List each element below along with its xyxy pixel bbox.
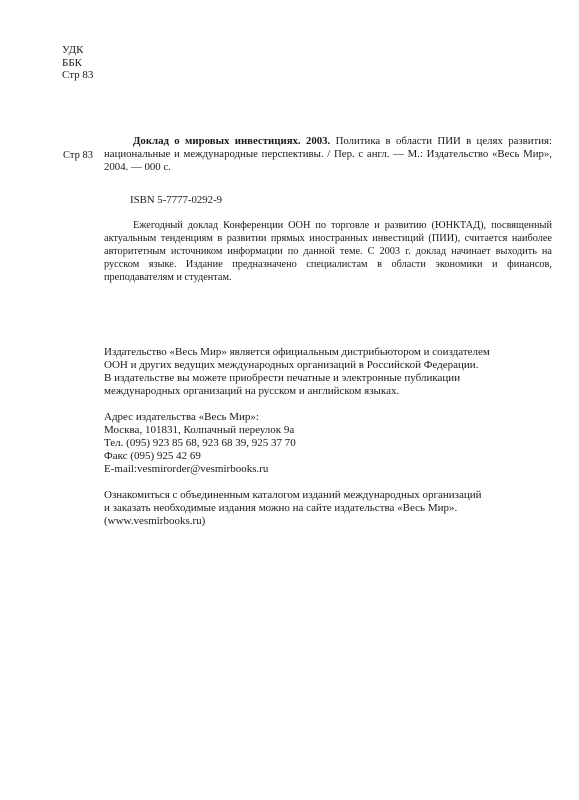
publisher-description-line: международных организаций на русском и а…	[104, 385, 574, 398]
classification-header: УДК ББК Стр 83	[62, 44, 93, 82]
address-heading: Адрес издательства «Весь Мир»:	[104, 411, 574, 424]
catalog-line: и заказать необходимые издания можно на …	[104, 502, 574, 515]
isbn: ISBN 5-7777-0292-9	[130, 194, 222, 207]
publisher-description-line: ООН и других ведущих международных орган…	[104, 359, 574, 372]
margin-page-code: Стр 83	[63, 149, 93, 162]
website-url: (www.vesmirbooks.ru)	[104, 515, 574, 528]
annotation: Ежегодный доклад Конференции ООН по торг…	[104, 219, 552, 284]
fax-number: Факс (095) 925 42 69	[104, 450, 574, 463]
publisher-description-line: Издательство «Весь Мир» является официал…	[104, 346, 574, 359]
phone-numbers: Тел. (095) 923 85 68, 923 68 39, 925 37 …	[104, 437, 574, 450]
publisher-info: Издательство «Весь Мир» является официал…	[104, 346, 574, 541]
street-address: Москва, 101831, Колпачный переулок 9а	[104, 424, 574, 437]
annotation-text: Ежегодный доклад Конференции ООН по торг…	[104, 219, 552, 284]
email-address: E-mail:vesmirorder@vesmirbooks.ru	[104, 463, 574, 476]
publisher-address: Адрес издательства «Весь Мир»: Москва, 1…	[104, 411, 574, 476]
bibliographic-entry: Доклад о мировых инвестициях. 2003. Поли…	[104, 135, 552, 174]
page-code-label: Стр 83	[62, 69, 93, 82]
publisher-description-line: В издательстве вы можете приобрести печа…	[104, 372, 574, 385]
book-title: Доклад о мировых инвестициях. 2003.	[133, 135, 330, 147]
catalog-line: Ознакомиться с объединенным каталогом из…	[104, 489, 574, 502]
publisher-description: Издательство «Весь Мир» является официал…	[104, 346, 574, 398]
catalog-info: Ознакомиться с объединенным каталогом из…	[104, 489, 574, 528]
bbk-label: ББК	[62, 57, 93, 70]
udk-label: УДК	[62, 44, 93, 57]
